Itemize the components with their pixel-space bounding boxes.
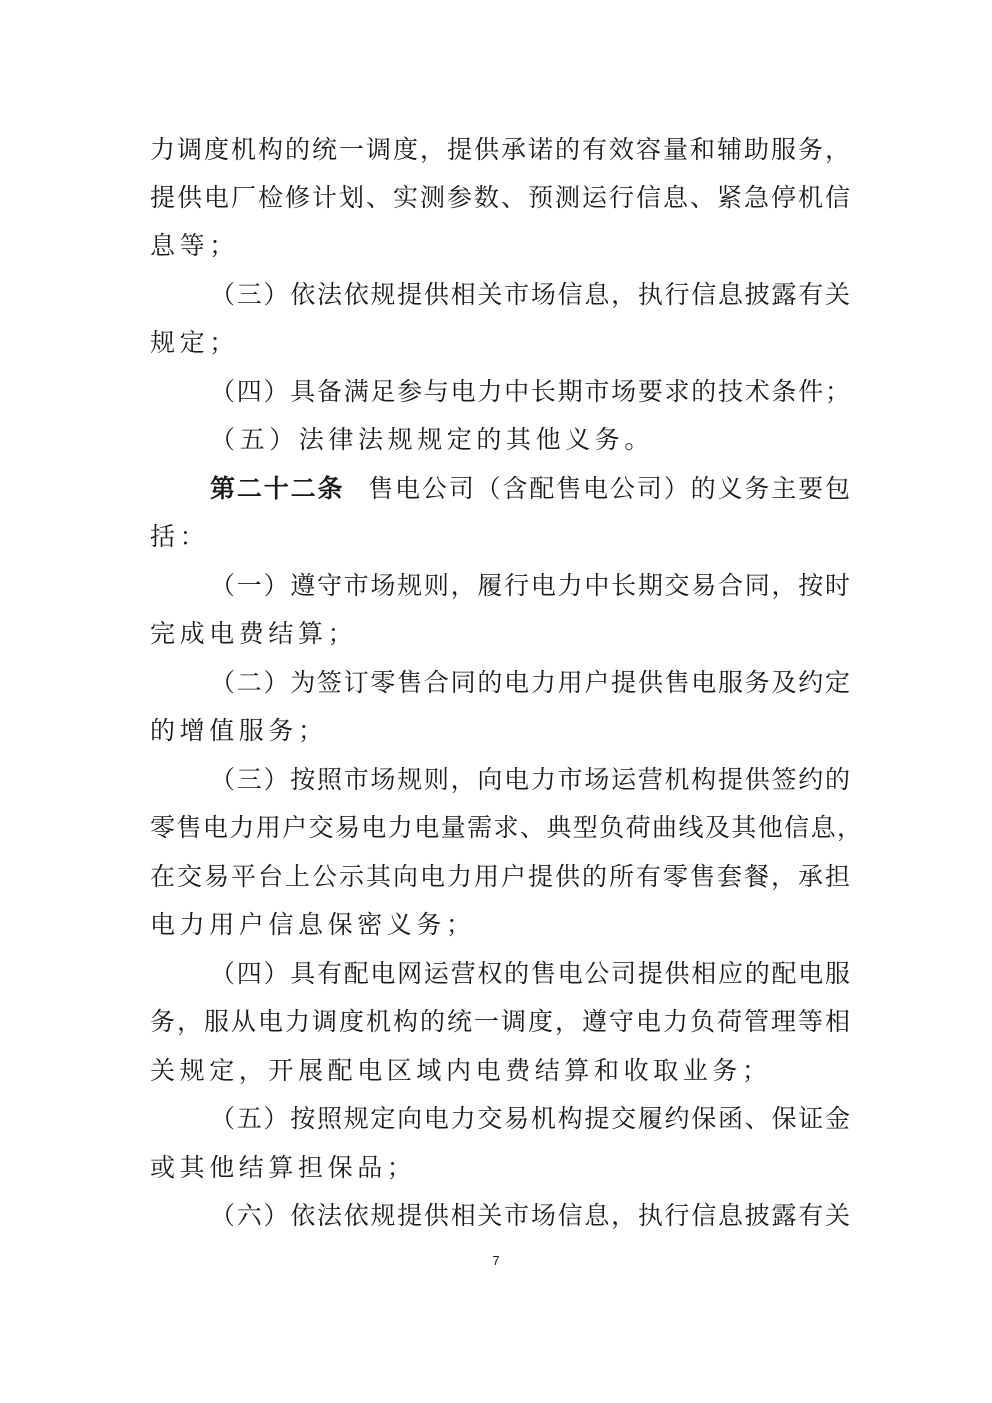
page-number: 7 xyxy=(0,1253,992,1268)
article-heading: 第二十二条 xyxy=(210,474,344,503)
list-item-5: （五）按照规定向电力交易机构提交履约保函、保证金 xyxy=(210,1101,850,1137)
article-text: 售电公司（含配售电公司）的义务主要包 xyxy=(366,474,850,503)
list-item-4: （四）具备满足参与电力中长期市场要求的技术条件； xyxy=(210,374,850,410)
body-text-line: 或其他结算担保品； xyxy=(150,1150,850,1186)
list-item-3: （三）按照市场规则，向电力市场运营机构提供签约的 xyxy=(210,762,850,798)
body-text-line: 零售电力用户交易电力电量需求、典型负荷曲线及其他信息， xyxy=(150,810,862,846)
list-item-5: （五）法律法规规定的其他义务。 xyxy=(210,422,850,458)
body-text-line: 关规定，开展配电区域内电费结算和收取业务； xyxy=(150,1053,850,1089)
body-text-line: 完成电费结算； xyxy=(150,616,850,652)
list-item-3: （三）依法依规提供相关市场信息，执行信息披露有关 xyxy=(210,277,850,313)
body-text-line: 在交易平台上公示其向电力用户提供的所有零售套餐，承担 xyxy=(150,859,850,895)
body-text-line: 规定； xyxy=(150,325,850,361)
body-text-line: 电力用户信息保密义务； xyxy=(150,907,850,943)
body-text-line: 括： xyxy=(150,519,850,555)
body-text-line: 提供电厂检修计划、实测参数、预测运行信息、紧急停机信 xyxy=(150,180,850,216)
body-text-line: 力调度机构的统一调度，提供承诺的有效容量和辅助服务， xyxy=(150,132,850,168)
list-item-4: （四）具有配电网运营权的售电公司提供相应的配电服 xyxy=(210,956,850,992)
body-text-line: 的增值服务； xyxy=(150,713,850,749)
body-text-line: 务，服从电力调度机构的统一调度，遵守电力负荷管理等相 xyxy=(150,1004,850,1040)
list-item-2: （二）为签订零售合同的电力用户提供售电服务及约定 xyxy=(210,665,850,701)
document-page: 力调度机构的统一调度，提供承诺的有效容量和辅助服务， 提供电厂检修计划、实测参数… xyxy=(0,0,992,1403)
article-22-paragraph: 第二十二条售电公司（含配售电公司）的义务主要包 xyxy=(210,471,850,507)
body-text-line: 息等； xyxy=(150,228,850,264)
list-item-1: （一）遵守市场规则，履行电力中长期交易合同，按时 xyxy=(210,568,850,604)
list-item-6: （六）依法依规提供相关市场信息，执行信息披露有关 xyxy=(210,1198,850,1234)
